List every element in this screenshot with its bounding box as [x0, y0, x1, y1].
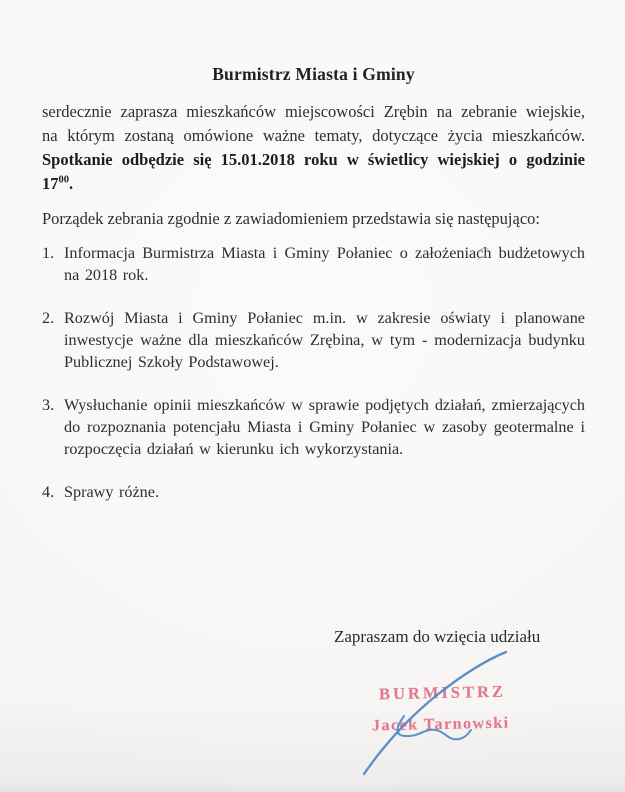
agenda-item-number: 4. [42, 481, 64, 503]
agenda-item-text: Informacja Burmistrza Miasta i Gminy Poł… [64, 242, 585, 286]
agenda-intro-line: Porządek zebrania zgodnie z zawiadomieni… [42, 208, 585, 230]
agenda-item-2: 2. Rozwój Miasta i Gminy Połaniec m.in. … [42, 307, 585, 373]
agenda-item-4: 4. Sprawy różne. [42, 481, 585, 503]
agenda-list: 1. Informacja Burmistrza Miasta i Gminy … [42, 242, 585, 503]
document-title: Burmistrz Miasta i Gminy [42, 64, 585, 85]
agenda-item-text: Wysłuchanie opinii mieszkańców w sprawie… [64, 394, 585, 460]
scanned-document-page: Burmistrz Miasta i Gminy serdecznie zapr… [0, 0, 625, 792]
agenda-item-text: Rozwój Miasta i Gminy Połaniec m.in. w z… [64, 307, 585, 373]
agenda-item-3: 3. Wysłuchanie opinii mieszkańców w spra… [42, 394, 585, 460]
agenda-item-1: 1. Informacja Burmistrza Miasta i Gminy … [42, 242, 585, 286]
closing-invitation-line: Zapraszam do wzięcia udziału [334, 627, 540, 647]
agenda-item-number: 2. [42, 307, 64, 373]
mayor-stamp-name: Jacek Tarnowski [372, 715, 510, 736]
intro-superscript-time: 00 [59, 175, 70, 186]
agenda-item-number: 3. [42, 394, 64, 460]
signature-ink-main-stroke [364, 652, 506, 774]
agenda-item-number: 1. [42, 242, 64, 286]
document-content: Burmistrz Miasta i Gminy serdecznie zapr… [0, 0, 625, 503]
intro-text-normal: serdecznie zaprasza mieszkańców miejscow… [42, 102, 585, 145]
agenda-item-text: Sprawy różne. [64, 481, 585, 503]
mayor-stamp-title: BURMISTRZ [379, 682, 506, 705]
intro-bold-period: . [69, 174, 73, 193]
intro-text-bold: Spotkanie odbędzie się 15.01.2018 roku w… [42, 150, 585, 193]
intro-paragraph: serdecznie zaprasza mieszkańców miejscow… [42, 100, 585, 196]
